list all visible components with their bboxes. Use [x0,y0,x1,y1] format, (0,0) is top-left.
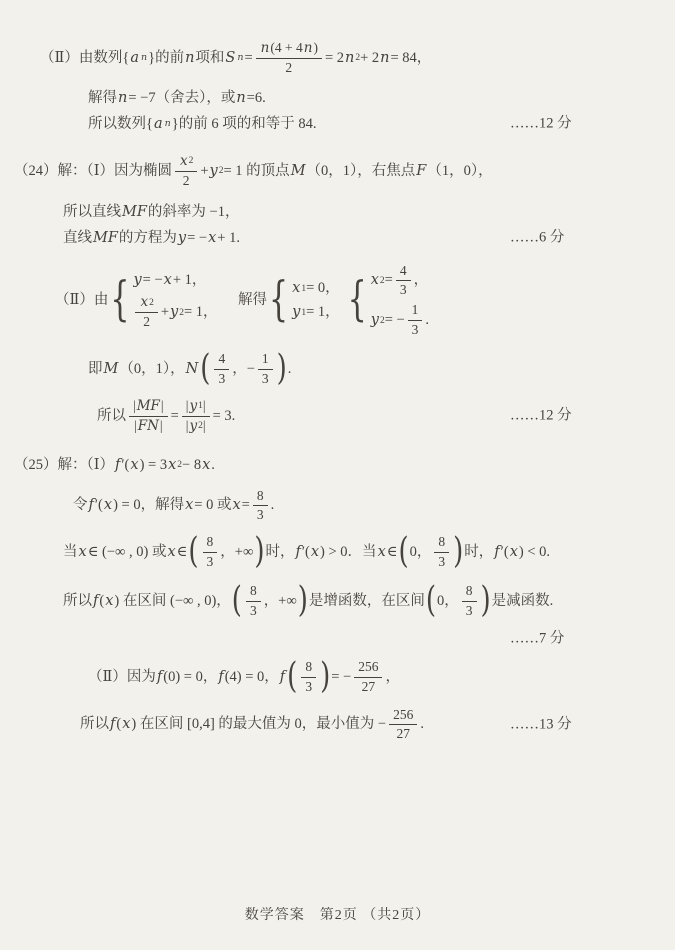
math-variable: x [231,495,241,516]
paren-content: 83，+∞ [200,534,254,571]
text: 2 [285,60,292,77]
text: （0，1）， [119,359,184,380]
fraction-denominator: 3 [257,506,264,524]
fraction-numerator: 4 [396,263,411,282]
big-paren-group: (0，83) [426,583,491,620]
math-variable: x [163,270,173,291]
text: 即 [88,359,103,380]
text: = − [187,228,207,249]
text: 8 [466,583,473,600]
paren-content: 0，83 [410,534,453,571]
text: ， [414,270,429,291]
paren-content: 0，83 [437,583,480,620]
text: 8 [250,583,257,600]
text: 27 [396,726,410,743]
text: 3 [412,322,419,339]
math-variable: x [310,542,320,563]
fraction-numerator: 8 [246,583,261,602]
math-variable: f [493,542,500,563]
math-variable: x [129,455,139,476]
fraction-denominator: 3 [412,321,419,339]
q24-part1-line-equation: 直线 MF 的方程为 y = −x + 1.……6 分 [0,228,675,249]
fraction: 43 [214,351,229,388]
text: 是增函数，在区间 [309,591,425,612]
fraction-denominator: 3 [305,678,312,696]
fraction-denominator: 27 [396,725,410,743]
cases-rows: y = −x + 1，x22 + y2 = 1， [132,270,217,331]
fraction-numerator: 8 [203,534,218,553]
left-paren: ( [232,586,242,618]
math-variable: x [104,591,114,612]
text: 解得 [88,88,117,109]
score-marks: ……7 分 [510,629,564,650]
text: = 84， [391,48,432,69]
text: ，+∞ [264,591,297,612]
text: 2 [189,156,194,166]
fraction-denominator: 3 [250,602,257,620]
text: ′( [95,495,103,516]
math-variable: MF [121,202,148,223]
math-variable: x [509,542,519,563]
fraction-numerator: x2 [135,294,157,313]
fraction-numerator: 8 [301,659,316,678]
text: 直线 [63,228,92,249]
text: 所以 [63,591,92,612]
text: 8 [438,534,445,551]
text: + 2 [360,48,379,69]
text: − 8 [182,455,201,476]
fraction-denominator: 27 [362,678,376,696]
fraction-denominator: 2 [285,59,292,77]
text: = [385,270,393,291]
text: 2 [149,298,154,308]
text: =6. [247,88,266,109]
line-content: 令 f′(x) = 0，解得 x = 0 或 x = 83. [73,488,274,525]
q24-part2-system: （Ⅱ）由{y = −x + 1，x22 + y2 = 1， 解得{x1 = 0，… [0,263,675,340]
text: + 1， [173,270,207,291]
text: = 1， [306,302,340,323]
math-variable: n [379,48,390,69]
text: ′( [121,455,129,476]
math-variable: MF [92,228,119,249]
text: = 0 或 [194,495,231,516]
cases-row: y = −x + 1， [132,270,206,291]
math-variable: y [209,161,219,182]
cases-group: {x2 = 43，y2 = −13. [348,263,429,340]
text: 3 [207,554,214,571]
math-variable: F [415,161,427,182]
math-variable: x [179,153,189,170]
cases-group: {y = −x + 1，x22 + y2 = 1， [110,270,217,331]
fraction-denominator: 3 [207,553,214,571]
text: （24）解：（Ⅰ）因为椭圆 [14,161,172,182]
fraction-numerator: 1 [408,302,423,321]
fraction-denominator: 3 [218,370,225,388]
math-variable: f [156,667,163,688]
math-variable: x [167,455,177,476]
text: 0， [437,591,459,612]
text: 的前 6 项的和等于 84. [179,114,317,135]
fraction-numerator: 8 [253,488,268,507]
text: 8 [207,534,214,551]
text: ′( [302,542,310,563]
text: 所以数列 [88,114,146,135]
math-variable: a [153,114,164,135]
math-variable: n [117,88,128,109]
text: ′( [501,542,509,563]
score-marks: ……12 分 [510,114,572,135]
text: 27 [362,679,376,696]
text: | [203,418,206,435]
line-content: 所以直线 MF 的斜率为 −1， [63,202,239,223]
left-paren: ( [398,537,408,569]
text: 3 [262,371,269,388]
text: } [172,114,179,135]
text: 3 [438,554,445,571]
text: . [420,714,424,735]
fraction: x22 [175,153,197,190]
line-content: 所以数列{an} 的前 6 项的和等于 84. [88,114,316,135]
text: 所以 [97,406,126,427]
big-paren-group: (83) [287,659,330,696]
cases-row: y1 = 1， [291,302,340,323]
left-paren: ( [200,354,210,386]
fraction: x22 [135,294,157,331]
right-paren: ) [254,537,264,569]
cases-rows: x2 = 43，y2 = −13. [370,263,429,340]
text: ， [385,667,400,688]
fraction: 13 [408,302,423,339]
paren-content: 83 [298,659,319,696]
answer-content: （Ⅱ）由数列{an} 的前 n 项和 Sn = n(4 + 4n)2 = 2n2… [0,0,675,743]
math-variable: n [260,40,271,57]
text: = −7（舍去），或 [128,88,235,109]
text: = − [143,270,163,291]
math-variable: y [169,302,179,323]
paren-content: 83，+∞ [243,583,297,620]
text: 3 [400,282,407,299]
text: + [161,302,169,323]
text: （Ⅱ）因为 [88,667,156,688]
text: + 1. [217,228,240,249]
math-variable: x [370,270,380,291]
cases-row: y2 = −13. [370,302,429,339]
q23-part2-conclusion: 所以数列{an} 的前 6 项的和等于 84.……12 分 [0,114,675,135]
text: | [161,398,164,415]
math-variable: y [189,398,199,415]
text: （25）解：（Ⅰ） [14,455,114,476]
text: = [244,48,252,69]
fraction: n(4 + 4n)2 [256,40,322,77]
text: ) < 0. [519,542,550,563]
fraction-numerator: 256 [389,707,417,726]
text: 令 [73,495,88,516]
math-variable: x [103,495,113,516]
fraction-numerator: x2 [175,153,197,172]
text: ∈ (−∞ , 0) 或 [88,542,167,563]
text: 4 [218,351,225,368]
fraction-denominator: 3 [438,553,445,571]
math-variable: n [236,52,244,63]
text: 的方程为 [119,228,177,249]
line-content: 所以 f(x) 在区间 [0,4] 的最大值为 0，最小值为 −25627. [80,707,424,744]
text: 解得 [224,290,268,311]
math-variable: MF [136,398,161,415]
math-variable: M [103,359,120,380]
text: 4 [400,263,407,280]
line-content: （24）解：（Ⅰ）因为椭圆 x22 + y2 = 1 的顶点 M（0，1），右焦… [14,153,493,190]
score-marks: ……13 分 [510,714,572,735]
big-paren-group: (0，83) [398,534,463,571]
line-content: （Ⅱ）因为 f(0) = 0，f(4) = 0，f(83) = −25627， [88,659,400,696]
text: = 1， [184,302,218,323]
math-variable: x [166,542,176,563]
q25-part2-endpoint-values: （Ⅱ）因为 f(0) = 0，f(4) = 0，f(83) = −25627， [0,659,675,696]
big-paren-group: (43，−13) [200,351,287,388]
fraction-numerator: 8 [462,583,477,602]
right-paren: ) [320,661,330,693]
fraction: 83 [301,659,316,696]
cases-row: x2 = 43， [370,263,428,300]
text: } [148,48,155,69]
fraction: 83 [462,583,477,620]
text: = 3. [213,406,236,427]
right-paren: ) [453,537,463,569]
fraction: 25627 [389,707,417,744]
fraction-denominator: |y2| [186,417,206,435]
cases-rows: x1 = 0，y1 = 1， [291,278,340,323]
text: ∈ [387,542,398,563]
line-content: 当 x ∈ (−∞ , 0) 或 x ∈ (83，+∞) 时，f′(x) > 0… [63,534,550,571]
page-footer: 数学答案 第2页 （共2页） [0,904,675,924]
text: . [288,359,292,380]
text: ) [313,40,318,57]
math-variable: y [132,270,142,291]
text: = − [331,667,351,688]
math-variable: N [185,359,200,380]
math-variable: x [121,714,131,735]
text: 8 [257,488,264,505]
left-paren: ( [188,537,198,569]
right-paren: ) [298,586,308,618]
math-variable: f [279,667,286,688]
text: = [171,406,179,427]
q25-part1-monotonicity: 所以 f(x) 在区间 (−∞ , 0)，(83，+∞) 是增函数，在区间(0，… [0,583,675,620]
math-variable: x [184,495,194,516]
math-variable: y [189,418,199,435]
line-content: 所以 f(x) 在区间 (−∞ , 0)，(83，+∞) 是增函数，在区间(0，… [63,583,553,620]
big-paren-group: (83，+∞) [232,583,308,620]
math-variable: FN [137,418,160,435]
left-brace: { [110,280,129,322]
text: 时， [464,542,493,563]
text: 8 [305,659,312,676]
fraction-numerator: 256 [354,659,382,678]
text: = 0， [306,278,340,299]
fraction-numerator: n(4 + 4n) [256,40,322,59]
text: 所以 [80,714,109,735]
text: = [242,495,250,516]
math-variable: S [224,48,236,69]
text: = 2 [325,48,344,69]
text: 3 [305,679,312,696]
big-paren-group: (83，+∞) [188,534,264,571]
scanned-answer-page: { "page": { "footer": "数学答案 第2页 （共2页）" }… [0,0,675,950]
left-brace: { [269,280,288,322]
q23-part2-solve-n: 解得 n = −7（舍去），或 n=6. [0,88,675,109]
text: (4) = 0， [225,667,279,688]
math-variable: y [370,310,380,331]
fraction: 83 [434,534,449,571]
math-variable: x [207,228,217,249]
math-variable: n [140,52,148,63]
line-content: （Ⅱ）由数列{an} 的前 n 项和 Sn = n(4 + 4n)2 = 2n2… [40,40,431,77]
line-content: （25）解：（Ⅰ）f′(x) = 3x2 − 8x. [14,455,215,476]
q25-part2-conclusion: 所以 f(x) 在区间 [0,4] 的最大值为 0，最小值为 −25627.……… [0,707,675,744]
text: （1，0）， [427,161,492,182]
left-brace: { [348,280,367,322]
fraction-numerator: 4 [214,351,229,370]
text: 时， [265,542,294,563]
fraction: 25627 [354,659,382,696]
fraction-denominator: 3 [466,602,473,620]
q25-part1-sign-analysis: 当 x ∈ (−∞ , 0) 或 x ∈ (83，+∞) 时，f′(x) > 0… [0,534,675,571]
fraction-denominator: |FN| [134,417,163,435]
fraction-numerator: 1 [258,351,273,370]
paren-content: 43，−13 [211,351,275,388]
text: ) = 0，解得 [113,495,184,516]
q24-part2-points: 即 M（0，1），N(43，−13). [0,351,675,388]
math-variable: y [291,302,301,323]
math-variable: f [92,591,99,612]
text: | [203,398,206,415]
text: 2 [183,173,190,190]
fraction: 83 [203,534,218,571]
math-variable: n [303,40,314,57]
cases-row: x1 = 0， [291,278,340,299]
text: 3 [250,603,257,620]
text: 的斜率为 −1， [148,202,240,223]
text: { [122,48,129,69]
text: ) > 0．当 [320,542,377,563]
cases-group: {x1 = 0，y1 = 1， [269,278,340,323]
fraction-denominator: 3 [262,370,269,388]
line-content: 所以 |MF||FN| = |y1||y2| = 3. [97,398,235,435]
text: + [200,161,208,182]
text: 256 [358,659,378,676]
text: ，+∞ [220,542,253,563]
text: 1 [262,351,269,368]
q25-part1-derivative: （25）解：（Ⅰ）f′(x) = 3x2 − 8x. [0,455,675,476]
text: . [271,495,275,516]
text: 3 [466,603,473,620]
line-content: 解得 n = −7（舍去），或 n=6. [88,88,266,109]
text: 是减函数. [492,591,554,612]
math-variable: a [129,48,140,69]
math-variable: y [177,228,187,249]
math-variable: f [114,455,121,476]
fraction-denominator: 2 [143,313,150,331]
math-variable: f [294,542,301,563]
text: ) 在区间 (−∞ , 0)， [114,591,230,612]
text: 项和 [195,48,224,69]
text: . [425,310,429,331]
fraction: 13 [258,351,273,388]
text: 3 [257,507,264,524]
fraction-numerator: |MF| [129,398,168,417]
text: ，− [232,359,255,380]
math-variable: n [164,118,172,129]
math-variable: n [344,48,355,69]
math-variable: n [184,48,195,69]
line-content: （Ⅱ）由{y = −x + 1，x22 + y2 = 1， 解得{x1 = 0，… [55,263,435,340]
line-content: 即 M（0，1），N(43，−13). [88,351,291,388]
text: （0，1），右焦点 [307,161,416,182]
right-paren: ) [277,354,287,386]
text: ) = 3 [140,455,168,476]
text: . [211,455,215,476]
fraction: |y1||y2| [182,398,210,435]
text: ∈ [177,542,188,563]
math-variable: n [235,88,246,109]
text: ) 在区间 [0,4] 的最大值为 0，最小值为 − [131,714,386,735]
text: 所以直线 [63,202,121,223]
text: （Ⅱ）由 [55,290,108,311]
fraction-denominator: 2 [183,172,190,190]
right-paren: ) [481,586,491,618]
text: { [146,114,153,135]
text: 当 [63,542,78,563]
text: = 1 的顶点 [224,161,290,182]
math-variable: x [291,278,301,299]
fraction: 83 [253,488,268,525]
text: | [160,418,163,435]
math-variable: f [109,714,116,735]
q25-part1-score-line: ……7 分 [0,629,675,650]
fraction-numerator: 8 [434,534,449,553]
text: 1 [412,302,419,319]
cases-row: x22 + y2 = 1， [132,294,217,331]
text: 的前 [155,48,184,69]
score-marks: ……6 分 [510,228,564,249]
text: 3 [218,371,225,388]
text: 0， [410,542,432,563]
fraction: 83 [246,583,261,620]
text: （Ⅱ）由数列 [40,48,122,69]
text: (4 + 4 [270,40,302,57]
math-variable: x [78,542,88,563]
fraction-numerator: |y1| [182,398,210,417]
q24-part2-ratio: 所以 |MF||FN| = |y1||y2| = 3.……12 分 [0,398,675,435]
q23-part2-sum-formula: （Ⅱ）由数列{an} 的前 n 项和 Sn = n(4 + 4n)2 = 2n2… [0,40,675,77]
q25-part1-critical-points: 令 f′(x) = 0，解得 x = 0 或 x = 83. [0,488,675,525]
math-variable: f [217,667,224,688]
fraction: |MF||FN| [129,398,168,435]
text: 2 [143,314,150,331]
left-paren: ( [426,586,436,618]
q24-part1-slope: 所以直线 MF 的斜率为 −1， [0,202,675,223]
math-variable: M [290,161,307,182]
text: = − [385,310,405,331]
text: (0) = 0， [163,667,217,688]
text: 256 [393,707,413,724]
line-content: 直线 MF 的方程为 y = −x + 1. [63,228,240,249]
left-paren: ( [287,661,297,693]
score-marks: ……12 分 [510,406,572,427]
math-variable: x [201,455,211,476]
math-variable: x [377,542,387,563]
math-variable: f [88,495,95,516]
